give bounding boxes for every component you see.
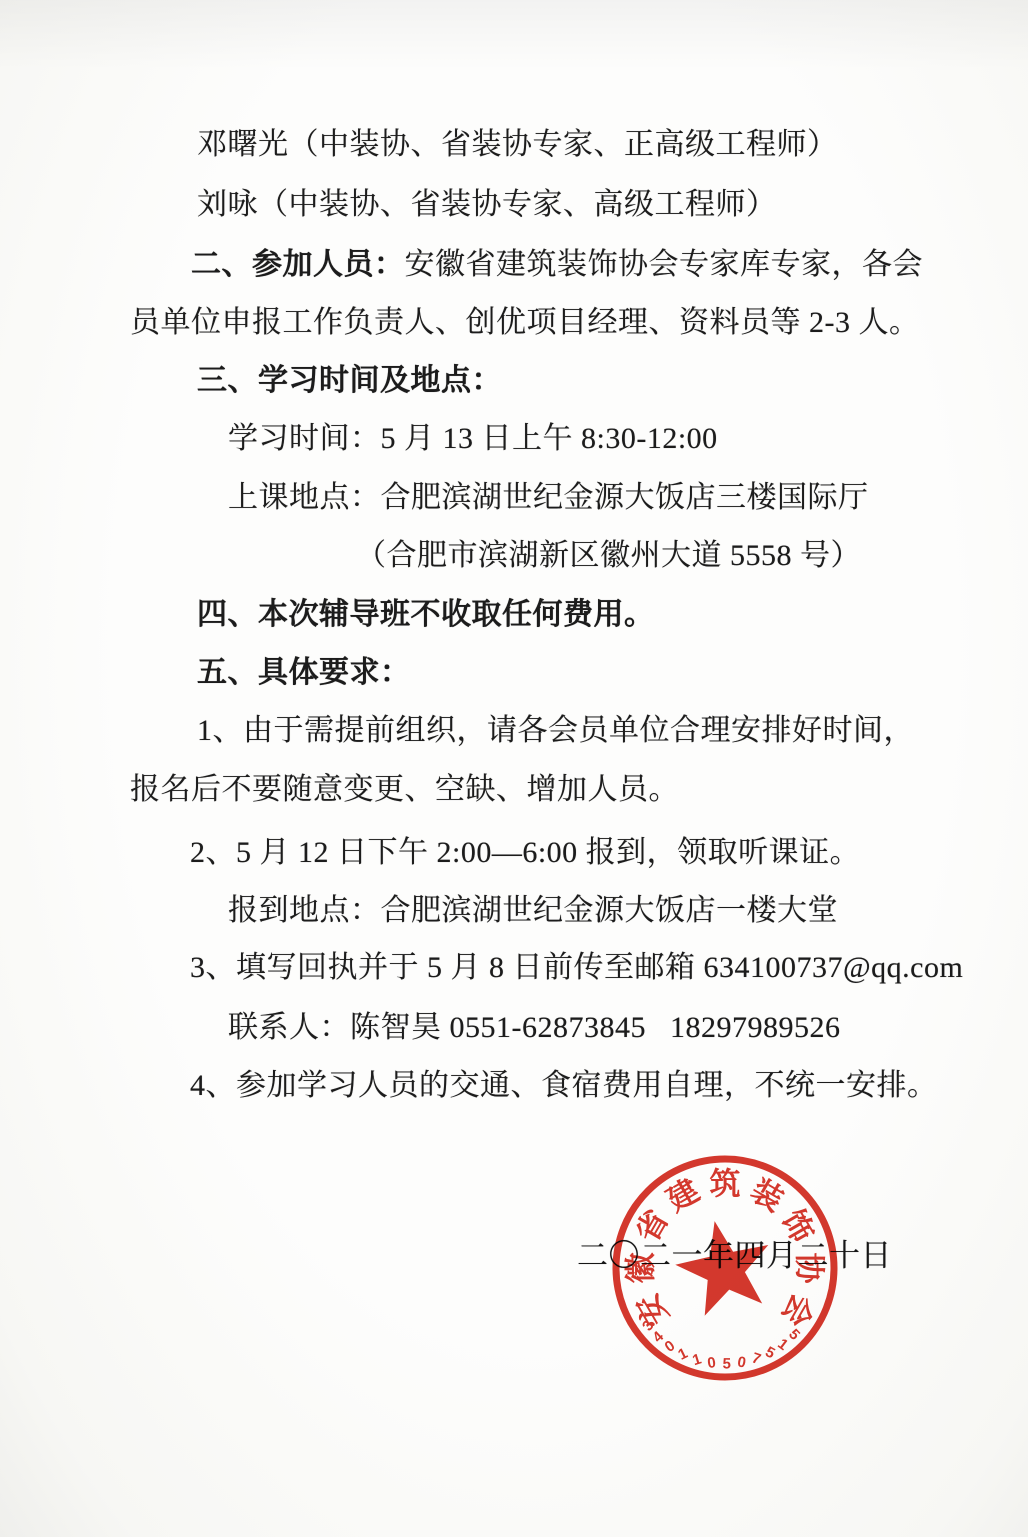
seal-number-digit: 7 bbox=[750, 1349, 763, 1368]
star-icon bbox=[675, 1221, 768, 1316]
line-text: 学习时间：5 月 13 日上午 8:30-12:00 bbox=[228, 422, 718, 455]
line-text: 员单位申报工作负责人、创优项目经理、资料员等 2-3 人。 bbox=[130, 306, 920, 339]
document-line: 四、本次辅导班不收取任何费用。 bbox=[197, 600, 655, 630]
document-line: 五、具体要求： bbox=[197, 658, 411, 688]
seal-number-digit: 0 bbox=[662, 1337, 679, 1356]
line-text: （合肥市滨湖新区徽州大道 5558 号） bbox=[356, 539, 861, 572]
seal-number-digit: 0 bbox=[736, 1353, 747, 1371]
seal-org-char: 筑 bbox=[710, 1167, 741, 1202]
line-heading-text: 三、学习时间及地点： bbox=[197, 364, 502, 397]
line-heading-text: 四、本次辅导班不收取任何费用。 bbox=[197, 598, 655, 631]
line-text: 1、由于需提前组织，请各会员单位合理安排好时间， bbox=[197, 714, 914, 747]
seal-number-digit: 1 bbox=[690, 1350, 703, 1369]
seal-number-digit: 0 bbox=[706, 1354, 717, 1372]
document-line: 员单位申报工作负责人、创优项目经理、资料员等 2-3 人。 bbox=[130, 308, 920, 338]
seal-graphic: 安徽省建筑装饰协会340110507515 bbox=[605, 1148, 845, 1388]
seal-org-char: 协 bbox=[792, 1253, 827, 1285]
line-text: 报到地点：合肥滨湖世纪金源大饭店一楼大堂 bbox=[228, 894, 838, 927]
line-heading-text: 二、参加人员： bbox=[191, 248, 405, 281]
line-text: 报名后不要随意变更、空缺、增加人员。 bbox=[130, 773, 679, 806]
seal-number-digit: 5 bbox=[722, 1355, 731, 1372]
document-line: 4、参加学习人员的交通、食宿费用自理，不统一安排。 bbox=[190, 1071, 938, 1101]
document-line: 报到地点：合肥滨湖世纪金源大饭店一楼大堂 bbox=[228, 896, 838, 926]
document-line: 3、填写回执并于 5 月 8 日前传至邮箱 634100737@qq.com bbox=[190, 953, 963, 983]
line-text: 邓曙光（中装协、省装协专家、正高级工程师） bbox=[197, 128, 838, 161]
line-text: 3、填写回执并于 5 月 8 日前传至邮箱 634100737@qq.com bbox=[190, 951, 963, 984]
document-line: 三、学习时间及地点： bbox=[197, 366, 502, 396]
document-line: 刘咏（中装协、省装协专家、高级工程师） bbox=[197, 190, 777, 220]
seal-number-digit: 1 bbox=[675, 1345, 690, 1364]
scanned-notice-page: 邓曙光（中装协、省装协专家、正高级工程师）刘咏（中装协、省装协专家、高级工程师）… bbox=[0, 0, 1028, 1537]
document-line: 邓曙光（中装协、省装协专家、正高级工程师） bbox=[197, 130, 838, 160]
line-heading-text: 五、具体要求： bbox=[197, 656, 411, 689]
line-text: 上课地点：合肥滨湖世纪金源大饭店三楼国际厅 bbox=[228, 481, 869, 514]
document-line: 二、参加人员：安徽省建筑装饰协会专家库专家，各会 bbox=[191, 250, 923, 280]
document-line: 2、5 月 12 日下午 2:00—6:00 报到，领取听课证。 bbox=[190, 838, 860, 868]
document-line: （合肥市滨湖新区徽州大道 5558 号） bbox=[356, 541, 861, 571]
line-text: 4、参加学习人员的交通、食宿费用自理，不统一安排。 bbox=[190, 1069, 938, 1102]
document-line: 学习时间：5 月 13 日上午 8:30-12:00 bbox=[228, 424, 718, 454]
line-text: 安徽省建筑装饰协会专家库专家，各会 bbox=[405, 248, 924, 281]
document-line: 上课地点：合肥滨湖世纪金源大饭店三楼国际厅 bbox=[228, 483, 869, 513]
document-line: 报名后不要随意变更、空缺、增加人员。 bbox=[130, 775, 679, 805]
document-line: 联系人：陈智昊 0551-62873845 18297989526 bbox=[228, 1013, 841, 1043]
line-text: 2、5 月 12 日下午 2:00—6:00 报到，领取听课证。 bbox=[190, 836, 860, 869]
seal-org-char: 徽 bbox=[624, 1253, 659, 1284]
line-text: 联系人：陈智昊 0551-62873845 18297989526 bbox=[228, 1011, 841, 1044]
official-seal: 安徽省建筑装饰协会340110507515 bbox=[605, 1148, 845, 1388]
document-line: 1、由于需提前组织，请各会员单位合理安排好时间， bbox=[197, 716, 914, 746]
line-text: 刘咏（中装协、省装协专家、高级工程师） bbox=[197, 188, 777, 221]
